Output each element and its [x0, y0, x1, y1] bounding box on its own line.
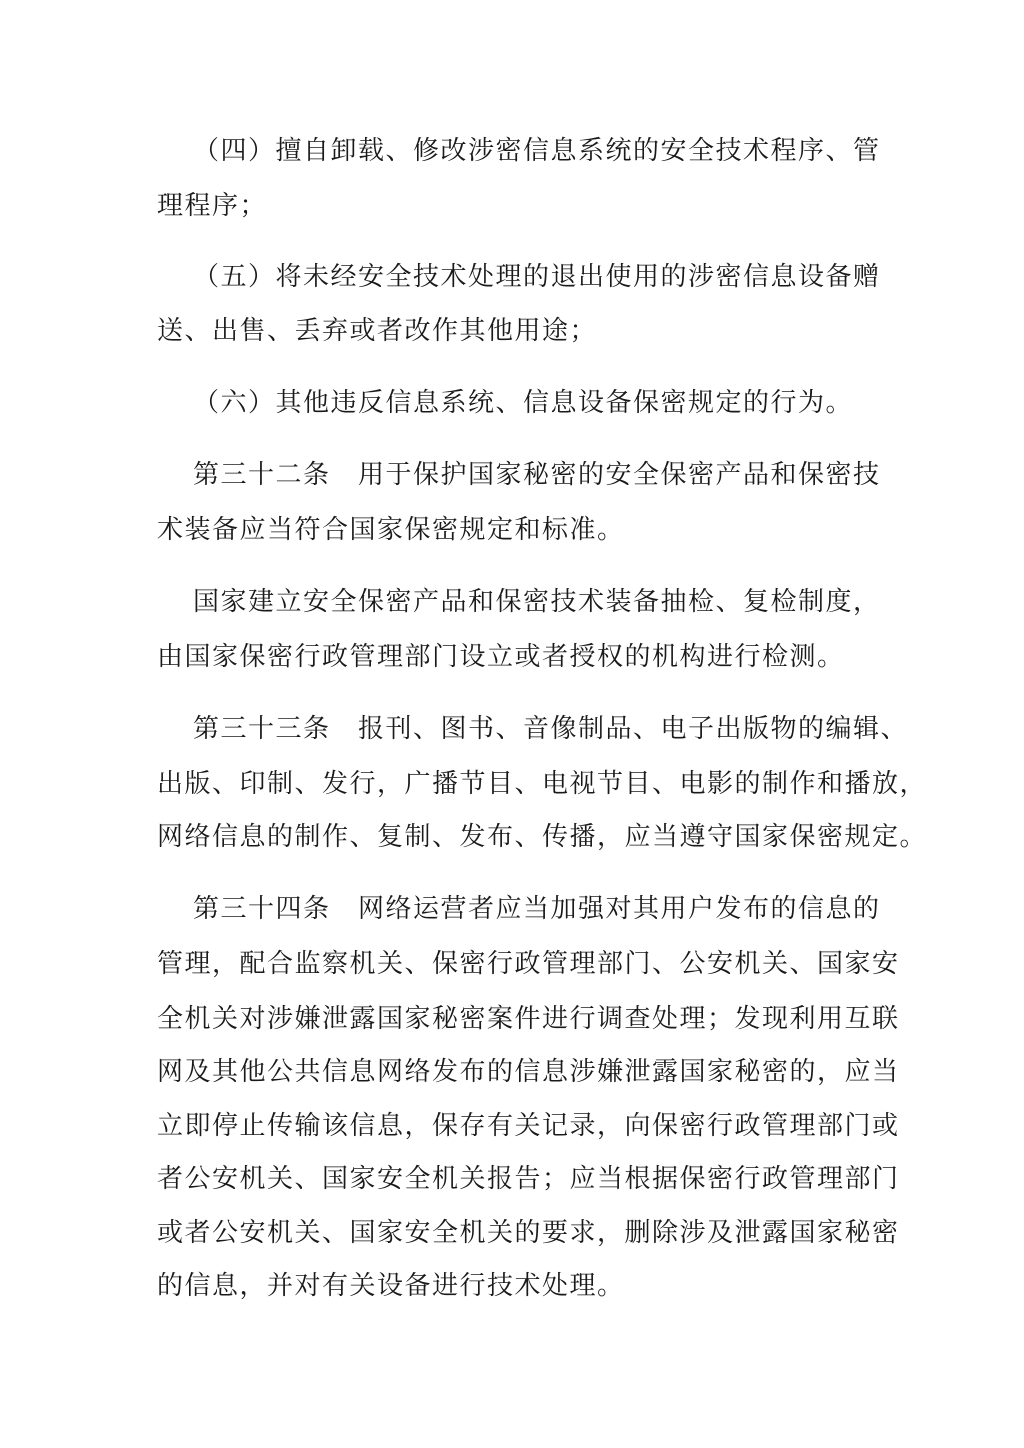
- text-line: 管理，配合监察机关、保密行政管理部门、公安机关、国家安: [157, 944, 869, 984]
- text-line: 由国家保密行政管理部门设立或者授权的机构进行检测。: [157, 637, 869, 677]
- text-line: 第三十二条 用于保护国家秘密的安全保密产品和保密技: [193, 455, 869, 495]
- text-line: 出版、印制、发行，广播节目、电视节目、电影的制作和播放，: [157, 764, 869, 804]
- text-line: 全机关对涉嫌泄露国家秘密案件进行调查处理；发现利用互联: [157, 999, 869, 1039]
- text-line: 送、出售、丢弃或者改作其他用途；: [157, 311, 869, 351]
- text-line: 术装备应当符合国家保密规定和标准。: [157, 510, 869, 550]
- text-line: 或者公安机关、国家安全机关的要求，删除涉及泄露国家秘密: [157, 1213, 869, 1253]
- text-line: （四）擅自卸载、修改涉密信息系统的安全技术程序、管: [193, 131, 869, 171]
- text-line: 理程序；: [157, 186, 869, 226]
- text-line: （六）其他违反信息系统、信息设备保密规定的行为。: [193, 383, 869, 423]
- text-line: 立即停止传输该信息，保存有关记录，向保密行政管理部门或: [157, 1106, 869, 1146]
- text-line: 的信息，并对有关设备进行技术处理。: [157, 1266, 869, 1306]
- text-line: 者公安机关、国家安全机关报告；应当根据保密行政管理部门: [157, 1159, 869, 1199]
- text-line: （五）将未经安全技术处理的退出使用的涉密信息设备赠: [193, 257, 869, 297]
- text-line: 网络信息的制作、复制、发布、传播，应当遵守国家保密规定。: [157, 817, 869, 857]
- text-line: 网及其他公共信息网络发布的信息涉嫌泄露国家秘密的，应当: [157, 1052, 869, 1092]
- text-line: 国家建立安全保密产品和保密技术装备抽检、复检制度，: [193, 582, 869, 622]
- text-line: 第三十四条 网络运营者应当加强对其用户发布的信息的: [193, 889, 869, 929]
- document-page: （四）擅自卸载、修改涉密信息系统的安全技术程序、管 理程序； （五）将未经安全技…: [0, 0, 1024, 1448]
- text-line: 第三十三条 报刊、图书、音像制品、电子出版物的编辑、: [193, 709, 869, 749]
